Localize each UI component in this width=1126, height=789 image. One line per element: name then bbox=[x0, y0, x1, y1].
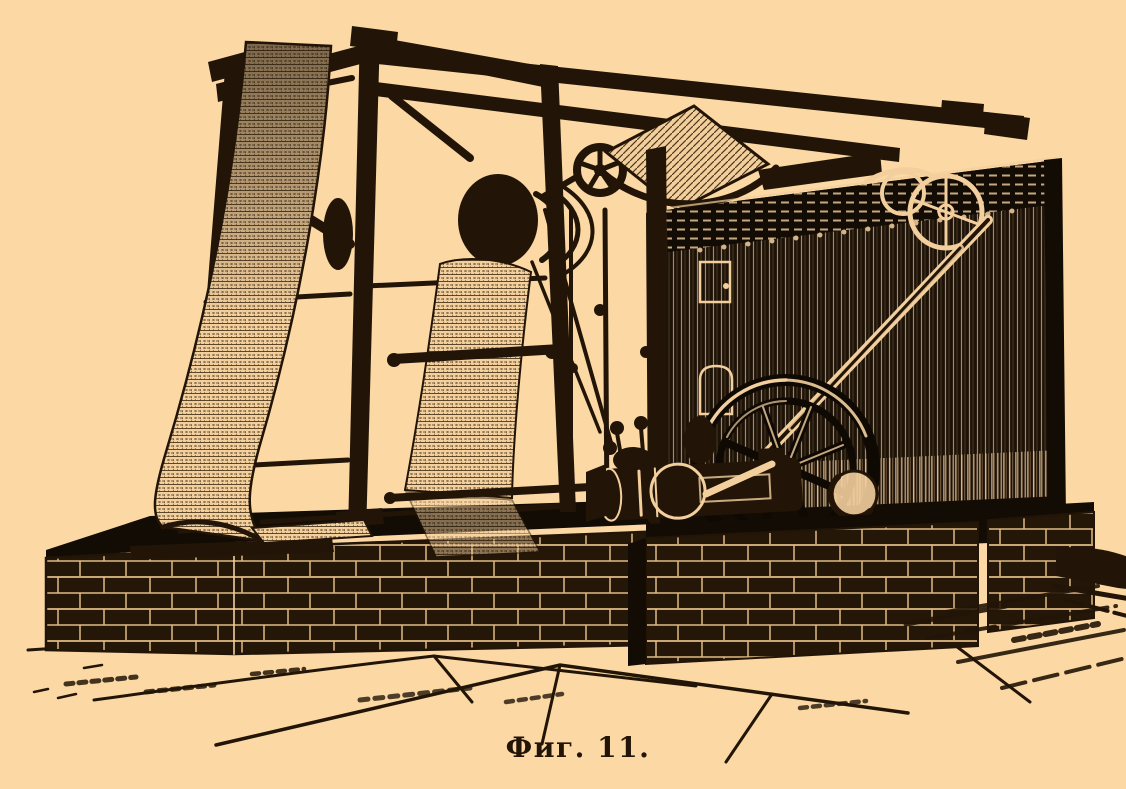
machine-illustration bbox=[0, 0, 1126, 789]
crank-disc bbox=[831, 471, 877, 517]
brick-pedestal-center bbox=[628, 510, 978, 666]
page: { "figure": { "caption": "Фиг. 11." }, "… bbox=[0, 0, 1126, 789]
figure-caption: Фиг. 11. bbox=[506, 731, 651, 764]
engraving-figure: Фиг. 11. bbox=[0, 0, 1126, 789]
brick-pedestal-right bbox=[988, 502, 1126, 632]
governor-valves bbox=[610, 416, 653, 473]
